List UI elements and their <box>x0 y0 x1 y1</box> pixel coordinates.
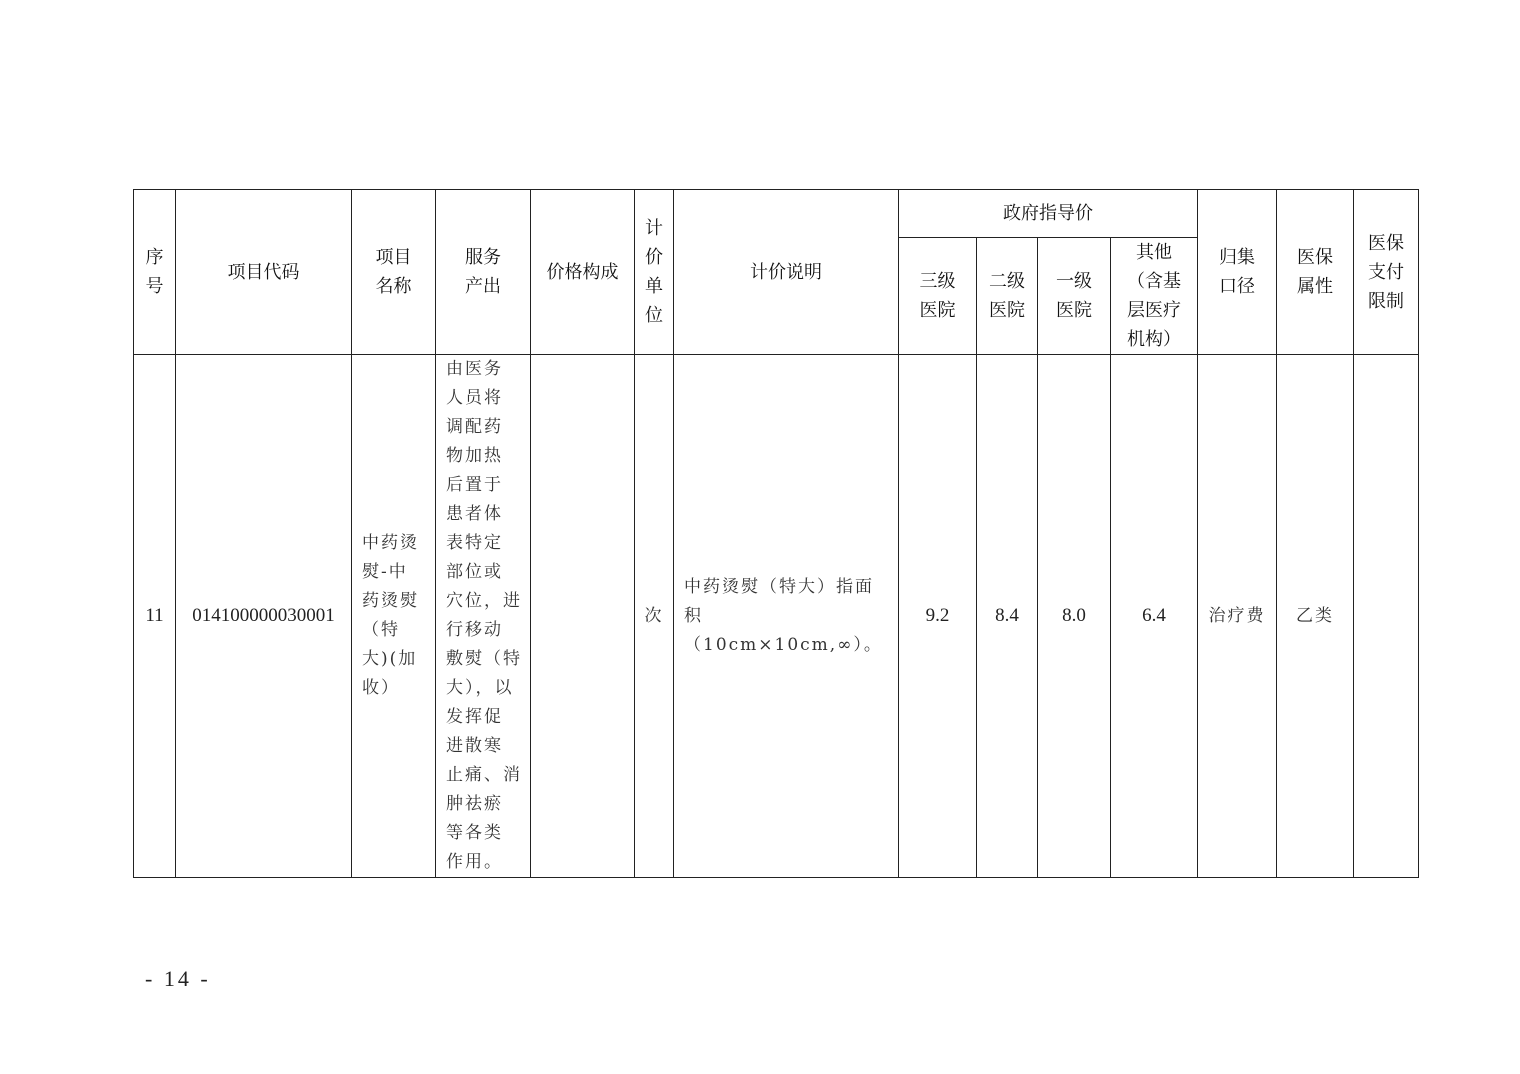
header-unit: 计 价 单 位 <box>635 190 674 355</box>
header-tier3: 三级 医院 <box>899 238 977 355</box>
header-tier2: 二级 医院 <box>977 238 1038 355</box>
header-composition: 价格构成 <box>531 190 635 355</box>
cell-seq: 11 <box>134 355 176 878</box>
header-pricing-note: 计价说明 <box>674 190 899 355</box>
cell-insurance-attr: 乙类 <box>1277 355 1354 878</box>
cell-code: 014100000030001 <box>176 355 352 878</box>
cell-insurance-limit <box>1354 355 1419 878</box>
header-insurance-attr: 医保 属性 <box>1277 190 1354 355</box>
header-other: 其他 （含基 层医疗 机构） <box>1111 238 1198 355</box>
cell-pricing-note: 中药烫熨（特大）指面 积（10cm×10cm,∞）。 <box>674 355 899 878</box>
header-category: 归集 口径 <box>1198 190 1277 355</box>
header-tier1: 一级 医院 <box>1038 238 1111 355</box>
header-insurance-limit: 医保 支付 限制 <box>1354 190 1419 355</box>
header-name: 项目 名称 <box>352 190 436 355</box>
table-row: 11 014100000030001 中药烫 熨-中 药烫熨 （特 大)(加 收… <box>134 355 1419 878</box>
cell-unit: 次 <box>635 355 674 878</box>
cell-tier3-price: 9.2 <box>899 355 977 878</box>
header-seq: 序 号 <box>134 190 176 355</box>
cell-tier1-price: 8.0 <box>1038 355 1111 878</box>
header-code: 项目代码 <box>176 190 352 355</box>
header-output: 服务 产出 <box>436 190 531 355</box>
cell-tier2-price: 8.4 <box>977 355 1038 878</box>
page-number: - 14 - <box>145 966 211 992</box>
cell-name: 中药烫 熨-中 药烫熨 （特 大)(加 收） <box>352 355 436 878</box>
cell-composition <box>531 355 635 878</box>
price-table: 序 号 项目代码 项目 名称 服务 产出 价格构成 计 价 单 位 计价说明 政… <box>133 189 1419 878</box>
header-gov-price: 政府指导价 <box>899 190 1198 238</box>
cell-category: 治疗费 <box>1198 355 1277 878</box>
cell-output: 由医务 人员将 调配药 物加热 后置于 患者体 表特定 部位或 穴位，进 行移动… <box>436 355 531 878</box>
cell-other-price: 6.4 <box>1111 355 1198 878</box>
